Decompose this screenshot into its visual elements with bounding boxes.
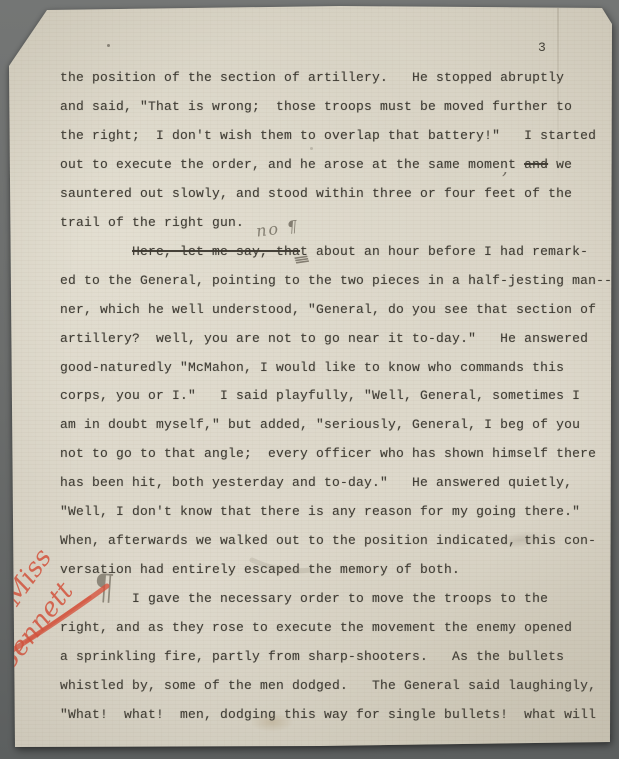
typed-text: versation had entirely escaped the memor… — [60, 562, 460, 577]
paper-shadow-wrap: 3 the position of the section of artille… — [0, 0, 619, 759]
paper-speck — [107, 44, 110, 47]
typed-line: When, afterwards we walked out to the po… — [60, 534, 596, 548]
margin-note-miss: Miss — [0, 543, 58, 612]
typed-line: whistled by, some of the men dodged. The… — [60, 679, 596, 693]
pencil-smudge — [252, 560, 310, 571]
typed-line: trail of the right gun. — [60, 216, 244, 230]
typed-text: and said, "That is wrong; those troops m… — [60, 99, 572, 114]
typed-text: good-naturedly "McMahon, I would like to… — [60, 360, 564, 375]
paper-smudge — [494, 528, 548, 551]
typed-line: out to execute the order, and he arose a… — [60, 158, 572, 172]
typed-text: t about an hour before I had remark- — [300, 244, 588, 259]
struck-text: and — [524, 157, 548, 172]
typed-text: corps, you or I." I said playfully, "Wel… — [60, 388, 580, 403]
typed-line: versation had entirely escaped the memor… — [60, 563, 460, 577]
typed-text: we — [548, 157, 572, 172]
paper-speck — [310, 147, 313, 150]
handwritten-overlay: Miss Bennett — [0, 0, 619, 759]
capitalize-mark: ≡ — [291, 251, 313, 269]
typed-line: has been hit, both yesterday and to-day.… — [60, 476, 572, 490]
typed-line: and said, "That is wrong; those troops m… — [60, 100, 572, 114]
typed-line: a sprinkling fire, partly from sharp-sho… — [60, 650, 564, 664]
red-underline-stroke — [5, 586, 107, 655]
typed-text: artillery? well, you are not to go near … — [60, 331, 588, 346]
typed-line: "What! what! men, dodging this way for s… — [60, 708, 596, 722]
typed-line: artillery? well, you are not to go near … — [60, 332, 588, 346]
margin-note-bennett: Bennett — [0, 576, 80, 678]
typed-line: am in doubt myself," but added, "serious… — [60, 418, 580, 432]
typed-text: I gave the necessary order to move the t… — [132, 591, 548, 606]
typed-line: right, and as they rose to execute the m… — [60, 621, 572, 635]
typed-text-layer: the position of the section of artillery… — [0, 0, 619, 759]
typed-text: "What! what! men, dodging this way for s… — [60, 707, 596, 722]
typed-text: trail of the right gun. — [60, 215, 244, 230]
typed-line: corps, you or I." I said playfully, "Wel… — [60, 389, 580, 403]
typed-text: a sprinkling fire, partly from sharp-sho… — [60, 649, 564, 664]
typed-line: ner, which he well understood, "General,… — [60, 303, 596, 317]
typed-text: sauntered out slowly, and stood within t… — [60, 186, 572, 201]
typed-text: ner, which he well understood, "General,… — [60, 302, 596, 317]
typed-text: right, and as they rose to execute the m… — [60, 620, 572, 635]
no-paragraph-mark: no ¶ — [255, 216, 300, 240]
paragraph-insert-mark: ¶ — [93, 565, 116, 608]
red-cross-stroke — [26, 597, 90, 642]
typed-text: has been hit, both yesterday and to-day.… — [60, 475, 572, 490]
typed-line: the position of the section of artillery… — [60, 71, 564, 85]
typed-text: When, afterwards we walked out to the po… — [60, 533, 596, 548]
inserted-comma-mark: , — [502, 158, 508, 179]
struck-text: Here, let me say, tha — [132, 244, 300, 259]
typed-line: not to go to that angle; every officer w… — [60, 447, 596, 461]
typed-text: not to go to that angle; every officer w… — [60, 446, 596, 461]
typed-text: out to execute the order, and he arose a… — [60, 157, 524, 172]
typed-text: ed to the General, pointing to the two p… — [60, 273, 612, 288]
typed-line: "Well, I don't know that there is any re… — [60, 505, 580, 519]
document-page: 3 the position of the section of artille… — [0, 0, 619, 759]
typed-text: the position of the section of artillery… — [60, 70, 564, 85]
scanned-page-stage: 3 the position of the section of artille… — [0, 0, 619, 759]
typed-text: "Well, I don't know that there is any re… — [60, 504, 580, 519]
typed-line: ed to the General, pointing to the two p… — [60, 274, 612, 288]
paper-stain — [250, 712, 294, 732]
paper-crease — [557, 8, 559, 188]
typed-text: whistled by, some of the men dodged. The… — [60, 678, 596, 693]
typed-line: good-naturedly "McMahon, I would like to… — [60, 361, 564, 375]
page-number: 3 — [538, 40, 546, 55]
typed-text: am in doubt myself," but added, "serious… — [60, 417, 580, 432]
typed-text: the right; I don't wish them to overlap … — [60, 128, 596, 143]
typed-line: sauntered out slowly, and stood within t… — [60, 187, 572, 201]
typed-line: I gave the necessary order to move the t… — [132, 592, 548, 606]
typed-line: the right; I don't wish them to overlap … — [60, 129, 596, 143]
typed-line: Here, let me say, that about an hour bef… — [132, 245, 588, 259]
